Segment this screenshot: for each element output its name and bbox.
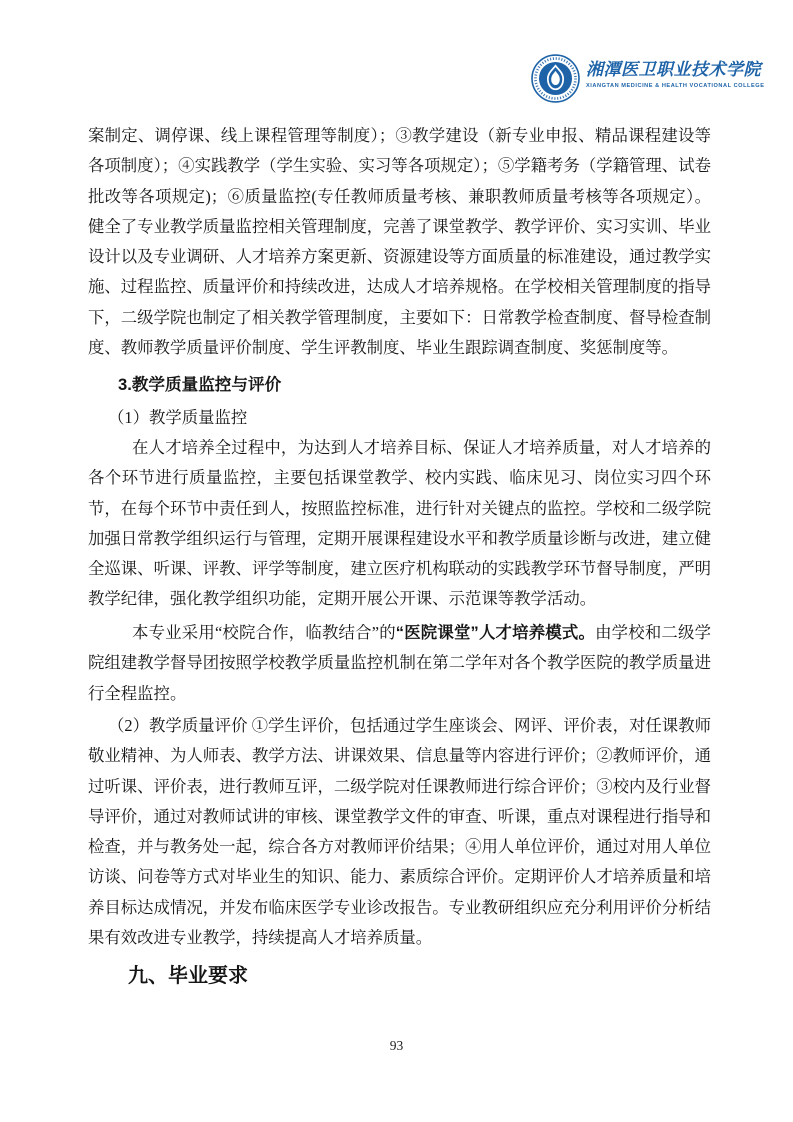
subheading-teaching-quality-monitoring: （1）教学质量监控 (88, 403, 711, 433)
document-page: 湘潭医卫职业技术学院 XIANGTAN MEDICINE & HEALTH VO… (0, 0, 793, 1122)
paragraph-training-mode: 本专业采用“校院合作，临教结合”的“医院课堂”人才培养模式。由学校和二级学院组建… (88, 618, 711, 709)
college-logo: 湘潭医卫职业技术学院 XIANGTAN MEDICINE & HEALTH VO… (531, 54, 764, 103)
heading-graduation-requirements: 九、毕业要求 (88, 961, 711, 991)
training-mode-text-bold: “医院课堂”人才培养模式。 (396, 624, 595, 642)
college-name-zh: 湘潭医卫职业技术学院 (586, 59, 764, 81)
paragraph-management-systems-continuation: 案制定、调停课、线上课程管理等制度）；③教学建设（新专业申报、精品课程建设等各项… (88, 121, 711, 363)
heading-teaching-quality-monitoring-evaluation: 3.教学质量监控与评价 (88, 370, 711, 400)
page-number: 93 (0, 1038, 793, 1054)
paragraph-quality-monitoring: 在人才培养全过程中，为达到人才培养目标、保证人才培养质量，对人才培养的各个环节进… (88, 433, 711, 615)
college-logo-text: 湘潭医卫职业技术学院 XIANGTAN MEDICINE & HEALTH VO… (586, 54, 764, 89)
college-name-en: XIANGTAN MEDICINE & HEALTH VOCATIONAL CO… (586, 83, 764, 89)
paragraph-quality-evaluation: （2）教学质量评价 ①学生评价，包括通过学生座谈会、网评、评价表，对任课教师敬业… (88, 711, 711, 953)
training-mode-text-pre: 本专业采用“校院合作，临教结合”的 (132, 623, 396, 642)
college-emblem-icon (531, 54, 580, 103)
